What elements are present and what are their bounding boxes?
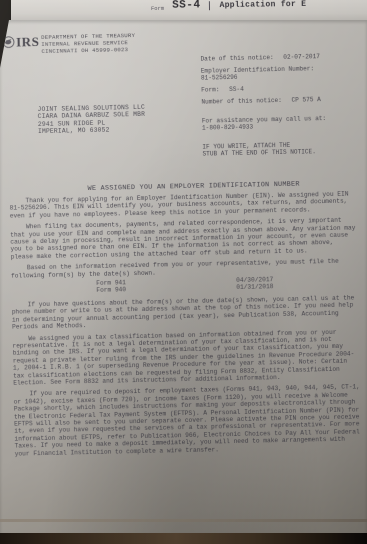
write-note-line2: STUB AT THE END OF THIS NOTICE. bbox=[202, 148, 326, 158]
form-due-date: 01/31/2018 bbox=[236, 284, 273, 292]
ss4-form-header: Form SS-4 Application for E bbox=[11, 0, 367, 21]
notice-paper: IRS DEPARTMENT OF THE TREASURY INTERNAL … bbox=[0, 20, 367, 533]
notice-paragraph: If you are required to deposit for emplo… bbox=[13, 384, 363, 458]
irs-eagle-logo-icon bbox=[2, 35, 15, 48]
agency-address: DEPARTMENT OF THE TREASURY INTERNAL REVE… bbox=[41, 32, 135, 55]
notice-date-value: 02-07-2017 bbox=[283, 53, 320, 61]
addressee-city: IMPERIAL, MO 63052 bbox=[38, 126, 146, 136]
form-due-name: Form 940 bbox=[96, 284, 236, 294]
notice-meta: Date of this notice: 02-07-2017 Employer… bbox=[200, 53, 327, 163]
write-note: IF YOU WRITE, ATTACH THE STUB AT THE END… bbox=[202, 141, 327, 158]
notice-date-row: Date of this notice: 02-07-2017 bbox=[200, 53, 324, 63]
notice-paragraph: We assigned you a tax classification bas… bbox=[12, 328, 362, 387]
irs-logo-text: IRS bbox=[16, 34, 40, 50]
notice-paragraph: If you have questions about the form(s) … bbox=[12, 294, 362, 331]
paper-bottom-edge bbox=[0, 519, 367, 522]
form-value: SS-4 bbox=[229, 86, 244, 93]
notice-content: IRS DEPARTMENT OF THE TREASURY INTERNAL … bbox=[0, 16, 367, 537]
ss4-form-number: SS-4 bbox=[172, 0, 201, 12]
assistance-phone: 1-800-829-4933 bbox=[202, 122, 326, 132]
notice-date-label: Date of this notice: bbox=[200, 54, 273, 63]
ein-value: 81-5256296 bbox=[201, 72, 325, 82]
table-surface-edge bbox=[0, 533, 367, 544]
agency-city-line: CINCINNATI OH 45999-0023 bbox=[41, 46, 135, 55]
assistance-row: For assistance you may call us at: 1-800… bbox=[202, 115, 327, 132]
agency-block: IRS DEPARTMENT OF THE TREASURY INTERNAL … bbox=[2, 32, 136, 56]
ss4-form-paper: Form SS-4 Application for E bbox=[11, 0, 367, 22]
notice-paragraph: Thank you for applying for an Employer I… bbox=[9, 190, 358, 220]
addressee-block: JOINT SEALING SOLUTIONS LLC CIARA DAINA … bbox=[37, 104, 145, 136]
ein-row: Employer Identification Number: 81-52562… bbox=[201, 65, 326, 82]
ss4-form-label: Form bbox=[151, 5, 164, 12]
photo-backdrop: Form SS-4 Application for E IRS DEPARTME… bbox=[0, 0, 367, 544]
notice-body: Thank you for applying for an Employer I… bbox=[9, 190, 363, 461]
notice-paragraph: When filing tax documents, payments, and… bbox=[10, 217, 360, 261]
notice-number-label: Number of this notice: bbox=[201, 97, 282, 106]
notice-number-value: CP 575 A bbox=[291, 96, 320, 104]
notice-number-row: Number of this notice: CP 575 A bbox=[201, 96, 325, 106]
ss4-form-title: Application for E bbox=[208, 0, 306, 10]
form-row: Form: SS-4 bbox=[201, 84, 325, 94]
form-label: Form: bbox=[201, 86, 219, 93]
